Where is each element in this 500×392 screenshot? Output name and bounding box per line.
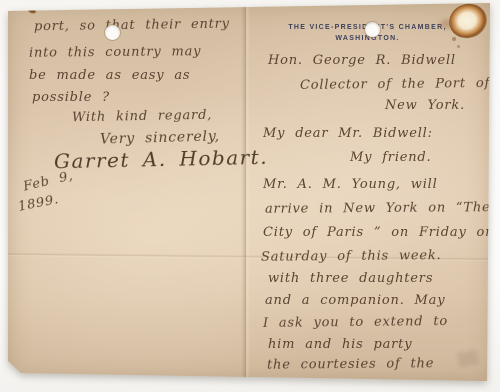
- center-fold-crease: [241, 3, 250, 381]
- recipient-line: Hon. George R. Bidwell: [268, 53, 456, 68]
- stain-smudge: [440, 19, 454, 29]
- recipient-line: Collector of the Port of: [300, 76, 490, 93]
- punch-hole: [105, 25, 120, 40]
- handwriting-line: arrive in New York on “The: [265, 200, 491, 217]
- handwriting-line: and a companion. May: [265, 293, 445, 308]
- date-line: 1899.: [17, 192, 60, 215]
- ink-speck: [27, 7, 36, 14]
- handwriting-line: City of Paris ” on Friday or: [263, 225, 492, 240]
- handwriting-line: be made as easy as: [29, 68, 190, 83]
- closing-line: Very sincerely,: [100, 128, 220, 147]
- punch-hole: [365, 22, 380, 37]
- stain-speck: [452, 37, 456, 41]
- stain-speck: [457, 45, 460, 48]
- signature: Garret A. Hobart.: [54, 145, 269, 173]
- handwriting-line: possible ?: [32, 90, 110, 105]
- handwriting-line: him and his party: [268, 337, 412, 352]
- handwriting-line: Saturday of this week.: [261, 248, 442, 265]
- letter-photograph: THE VICE-PRESIDENT'S CHAMBER, WASHINGTON…: [0, 0, 500, 392]
- handwriting-line: with three daughters: [268, 271, 433, 286]
- letter-paper-wrap: THE VICE-PRESIDENT'S CHAMBER, WASHINGTON…: [8, 3, 490, 381]
- handwriting-line: the courtesies of the: [267, 356, 434, 372]
- salutation-line: My dear Mr. Bidwell:: [263, 126, 433, 141]
- regards-line: With kind regard,: [72, 108, 212, 125]
- letter-paper: THE VICE-PRESIDENT'S CHAMBER, WASHINGTON…: [8, 3, 490, 381]
- recipient-line: New York.: [385, 98, 465, 113]
- pencil-smudge: [457, 349, 479, 367]
- handwriting-line: into this country may: [29, 44, 201, 61]
- handwriting-line: Mr. A. M. Young, will: [263, 177, 438, 192]
- handwriting-line: I ask you to extend to: [263, 314, 448, 331]
- handwriting-line: port, so that their entry: [34, 17, 230, 35]
- greeting-line: My friend.: [350, 150, 432, 165]
- date-line: Feb 9,: [22, 168, 75, 194]
